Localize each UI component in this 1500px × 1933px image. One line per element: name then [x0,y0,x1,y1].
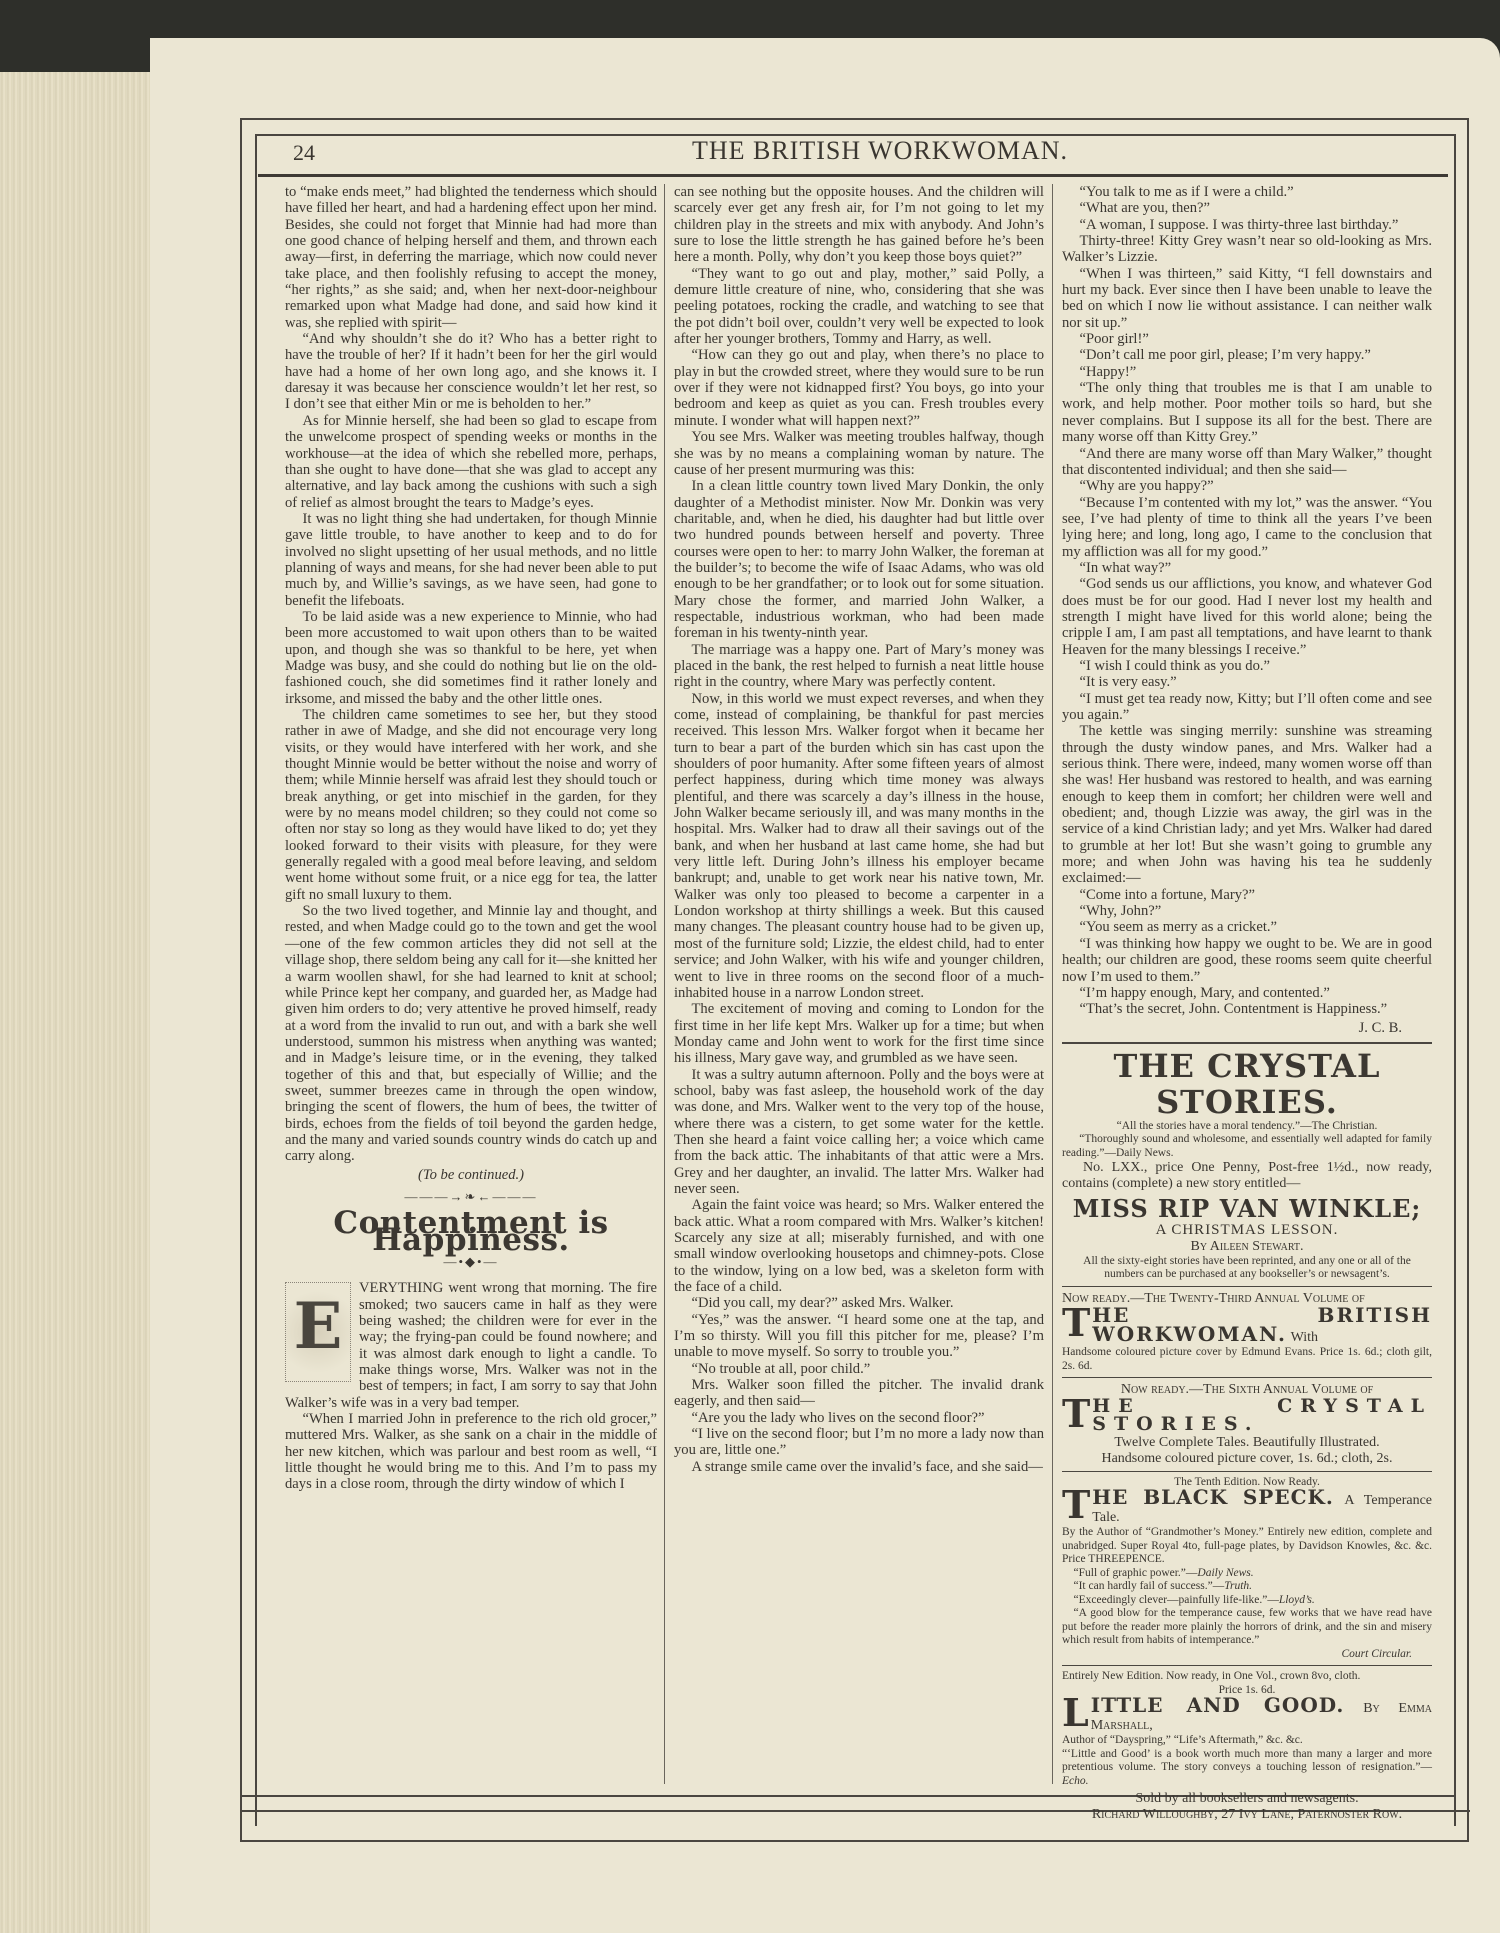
paragraph: “Yes,” was the answer. “I heard some one… [674,1312,1044,1361]
ad-title: HE CRYSTAL STORIES. [1092,1395,1432,1435]
ad-initial: T [1062,1307,1090,1339]
paragraph: “That’s the secret, John. Contentment is… [1062,1001,1432,1017]
paragraph: “Because I’m contented with my lot,” was… [1062,495,1432,560]
paragraph: As for Minnie herself, she had been so g… [285,413,657,511]
ad-divider [1062,1042,1432,1044]
ad-author-of: Author of “Dayspring,” “Life’s Aftermath… [1062,1734,1432,1748]
paragraph: To be laid aside was a new experience to… [285,609,657,707]
ad-review-source: Echo. [1062,1775,1089,1787]
paragraph: “No trouble at all, poor child.” [674,1361,1044,1377]
paragraph: So the two lived together, and Minnie la… [285,903,657,1165]
ad-black-speck: The Tenth Edition. Now Ready. T HE BLACK… [1062,1476,1432,1662]
paragraph: “They want to go out and play, mother,” … [674,266,1044,348]
ad-divider [1062,1665,1432,1666]
header-rule [258,174,1448,177]
paragraph: The children came sometimes to see her, … [285,707,657,903]
paragraph: “What are you, then?” [1062,200,1432,216]
paragraph: “Why, John?” [1062,903,1432,919]
serial-story-continuation: to “make ends meet,” had blighted the te… [285,184,657,1205]
paragraph: “I must get tea ready now, Kitty; but I’… [1062,691,1432,724]
paragraph: “I was thinking how happy we ought to be… [1062,936,1432,985]
ad-review: “A good blow for the temperance cause, f… [1062,1607,1432,1648]
paragraph: “Why are you happy?” [1062,478,1432,494]
paragraph: “And there are many worse off than Mary … [1062,446,1432,479]
paragraph: can see nothing but the opposite houses.… [674,184,1044,266]
paragraph: “It is very easy.” [1062,674,1432,690]
ad-review: “‘Little and Good’ is a book worth much … [1062,1748,1432,1774]
column-3: “You talk to me as if I were a child.” “… [1062,184,1432,1823]
paragraph: Mrs. Walker soon filled the pitcher. The… [674,1377,1044,1410]
paragraph: “How can they go out and play, when ther… [674,347,1044,429]
ad-crystal-stories: THE CRYSTAL STORIES. “All the stories ha… [1062,1048,1432,1282]
paragraph: It was no light thing she had undertaken… [285,511,657,609]
paragraph: “You seem as merry as a cricket.” [1062,919,1432,935]
paragraph: Now, in this world we must expect revers… [674,691,1044,1002]
paragraph: “The only thing that troubles me is that… [1062,380,1432,445]
ad-divider [1062,1377,1432,1378]
ad-details: Handsome coloured picture cover by Edmun… [1062,1346,1432,1373]
ad-initial: L [1062,1697,1089,1729]
ad-line: Handsome coloured picture cover, 1s. 6d.… [1062,1451,1432,1467]
ad-title: ITTLE AND GOOD. [1091,1693,1345,1717]
ad-quote: “All the stories have a moral tendency.”… [1062,1120,1432,1134]
ad-review: “It can hardly fail of success.”—Truth. [1062,1580,1432,1594]
illuminated-drop-cap-icon: E [285,1282,351,1382]
ad-quote: “Thoroughly sound and wholesome, and ess… [1062,1133,1432,1160]
ad-title: THE CRYSTAL STORIES. [1062,1048,1432,1120]
paragraph: “Did you call, my dear?” asked Mrs. Walk… [674,1295,1044,1311]
paragraph: “In what way?” [1062,560,1432,576]
ornamental-divider-icon: ———→❧←——— [285,1189,657,1205]
paragraph: The marriage was a happy one. Part of Ma… [674,642,1044,691]
ad-initial: T [1062,1489,1090,1521]
ad-story-title: MISS RIP VAN WINKLE; [1062,1196,1432,1222]
paragraph: “God sends us our afflictions, you know,… [1062,576,1432,658]
paragraph: “I wish I could think as you do.” [1062,658,1432,674]
paragraph: You see Mrs. Walker was meeting troubles… [674,429,1044,478]
ad-tail: With [1291,1330,1318,1345]
ad-title: HE BRITISH WORKWOMAN. [1092,1303,1432,1346]
ad-little-and-good: Entirely New Edition. Now ready, in One … [1062,1670,1432,1823]
column-1: to “make ends meet,” had blighted the te… [285,184,657,1493]
sold-by: Sold by all booksellers and newsagents. [1062,1791,1432,1807]
author-signature: J. C. B. [1062,1020,1432,1036]
paragraph: “And why shouldn’t she do it? Who has a … [285,331,657,413]
ad-issue: No. LXX., price One Penny, Post-free 1½d… [1062,1160,1432,1192]
paragraph: In a clean little country town lived Mar… [674,478,1044,641]
ad-note: All the sixty-eight stories have been re… [1062,1255,1432,1282]
ad-review: “Exceedingly clever—painfully life-like.… [1062,1594,1432,1608]
story-contentment: Contentment is Happiness. —•◆•— E VERYTH… [285,1215,657,1493]
ad-edition: Entirely New Edition. Now ready, in One … [1062,1670,1432,1684]
paragraph: “Happy!” [1062,364,1432,380]
ad-divider [1062,1471,1432,1472]
ad-author: By Aileen Stewart. [1062,1239,1432,1255]
ad-crystal-stories-volume: Now ready.—The Sixth Annual Volume of T … [1062,1382,1432,1467]
column-divider [664,184,665,1784]
ad-details: By the Author of “Grandmother’s Money.” … [1062,1526,1432,1567]
ad-title: HE BLACK SPECK. [1092,1485,1334,1509]
ad-line: Twelve Complete Tales. Beautifully Illus… [1062,1435,1432,1451]
paragraph: to “make ends meet,” had blighted the te… [285,184,657,331]
to-be-continued: (To be continued.) [285,1167,657,1183]
column-divider [1052,184,1053,1784]
ad-review: “Full of graphic power.”—Daily News. [1062,1567,1432,1581]
paragraph: It was a sultry autumn afternoon. Polly … [674,1067,1044,1198]
paragraph: Again the faint voice was heard; so Mrs.… [674,1197,1044,1295]
masthead-title: THE BRITISH WORKWOMAN. [640,136,1120,166]
story-title: Contentment is Happiness. [285,1215,657,1248]
ad-story-subtitle: A CHRISTMAS LESSON. [1062,1222,1432,1238]
ad-initial: T [1062,1398,1090,1430]
page-number: 24 [293,140,315,166]
paragraph: “Come into a fortune, Mary?” [1062,887,1432,903]
paragraph: “A woman, I suppose. I was thirty-three … [1062,217,1432,233]
paragraph: “You talk to me as if I were a child.” [1062,184,1432,200]
column-2: can see nothing but the opposite houses.… [674,184,1044,1475]
paragraph: “Are you the lady who lives on the secon… [674,1410,1044,1426]
ad-british-workwoman-volume: Now ready.—The Twenty-Third Annual Volum… [1062,1291,1432,1373]
paragraph: “Poor girl!” [1062,331,1432,347]
publisher-address: Richard Willoughby, 27 Ivy Lane, Paterno… [1062,1807,1432,1823]
paragraph: “I live on the second floor; but I’m no … [674,1426,1044,1459]
paragraph: Thirty-three! Kitty Grey wasn’t near so … [1062,233,1432,266]
paragraph: “When I married John in preference to th… [285,1411,657,1493]
paragraph: “When I was thirteen,” said Kitty, “I fe… [1062,266,1432,331]
paragraph: “Don’t call me poor girl, please; I’m ve… [1062,347,1432,363]
paragraph: “I’m happy enough, Mary, and contented.” [1062,985,1432,1001]
title-ornament-icon: —•◆•— [285,1254,657,1270]
paragraph: A strange smile came over the invalid’s … [674,1459,1044,1475]
book-page-edges [0,72,155,1933]
paragraph: The excitement of moving and coming to L… [674,1001,1044,1066]
ad-divider [1062,1286,1432,1287]
paragraph: The kettle was singing merrily: sunshine… [1062,723,1432,886]
ad-review-source: Court Circular. [1062,1648,1432,1662]
